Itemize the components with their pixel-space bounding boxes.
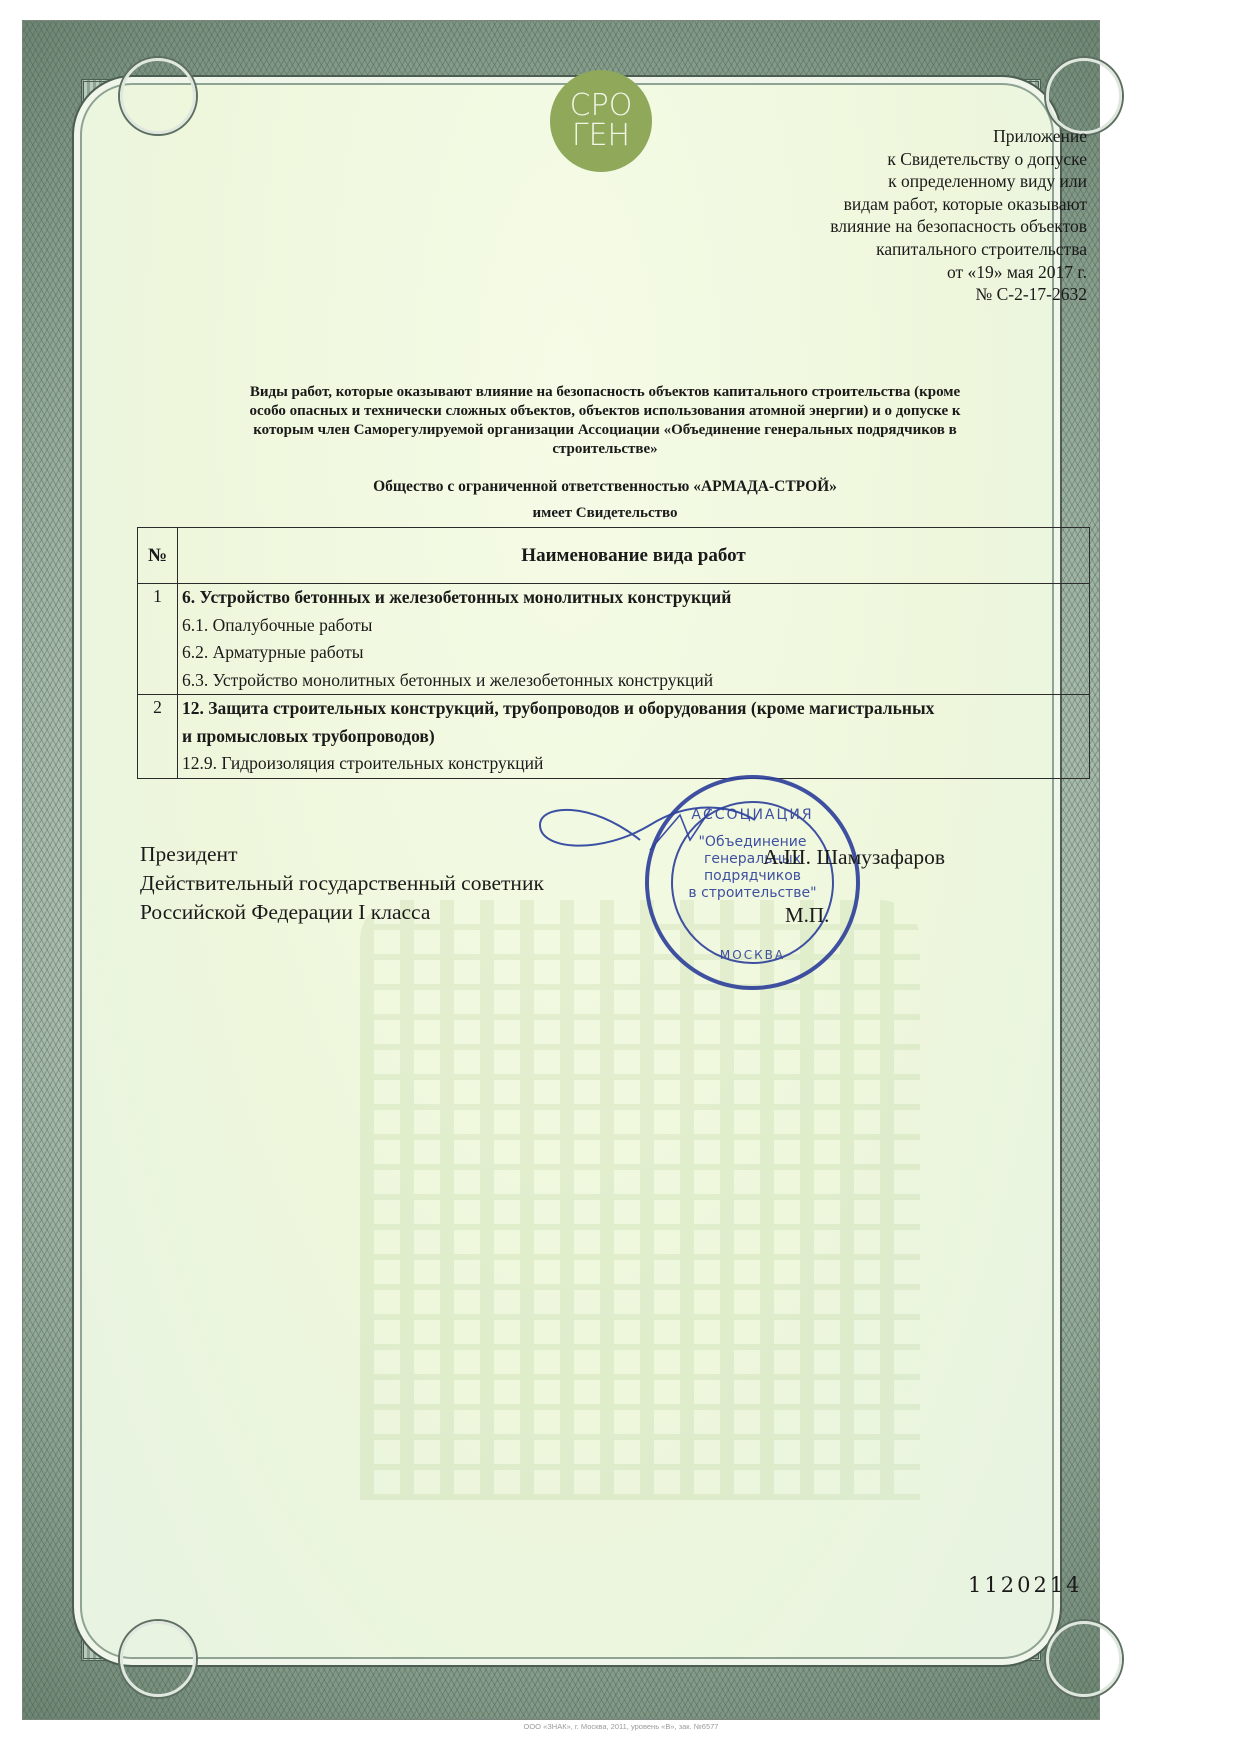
work-group-title: 12. Защита строительных конструкций, тру… (182, 695, 1085, 723)
appendix-header: Приложение к Свидетельству о допуске к о… (830, 125, 1087, 306)
row-number: 1 (138, 584, 178, 695)
title-line: строительстве» (145, 440, 1065, 459)
corner-ornament-icon (120, 58, 196, 134)
corner-ornament-icon (1046, 58, 1122, 134)
work-description: 6. Устройство бетонных и железобетонных … (178, 584, 1090, 695)
appendix-date: от «19» мая 2017 г. (830, 261, 1087, 284)
position-line: Президент (140, 840, 544, 869)
serial-number: 1120214 (968, 1573, 1083, 1597)
table-row: 212. Защита строительных конструкций, тр… (138, 695, 1090, 779)
logo-line1: СРО (570, 91, 633, 121)
work-description: 12. Защита строительных конструкций, тру… (178, 695, 1090, 779)
work-item: 12.9. Гидроизоляция строительных констру… (182, 750, 1085, 778)
printer-imprint: ООО «ЗНАК», г. Москва, 2011, уровень «В»… (0, 1722, 1242, 1731)
certificate-number: № С-2-17-2632 (830, 283, 1087, 306)
work-group-title: и промысловых трубопроводов) (182, 723, 1085, 751)
seal-bottom-text: МОСКВА (649, 948, 856, 962)
title-line: Виды работ, которые оказывают влияние на… (145, 383, 1065, 402)
organization-name: Общество с ограниченной ответственностью… (145, 478, 1065, 496)
signatory-position: Президент Действительный государственный… (140, 840, 544, 927)
appendix-line: к Свидетельству о допуске (830, 148, 1087, 171)
has-certificate-label: имеет Свидетельство (145, 505, 1065, 522)
title-line: особо опасных и технически сложных объек… (145, 402, 1065, 421)
document-title: Виды работ, которые оказывают влияние на… (145, 383, 1065, 459)
position-line: Действительный государственный советник (140, 869, 544, 898)
title-line: которым член Саморегулируемой организаци… (145, 421, 1065, 440)
work-item: 6.3. Устройство монолитных бетонных и же… (182, 667, 1085, 695)
work-item: 6.1. Опалубочные работы (182, 612, 1085, 640)
corner-ornament-icon (1046, 1621, 1122, 1697)
column-header-num: № (138, 528, 178, 584)
appendix-line: влияние на безопасность объектов (830, 215, 1087, 238)
position-line: Российской Федерации I класса (140, 898, 544, 927)
appendix-line: видам работ, которые оказывают (830, 193, 1087, 216)
seal-line: подрядчиков (649, 868, 856, 885)
work-group-title: 6. Устройство бетонных и железобетонных … (182, 584, 1085, 612)
seal-top-text: АССОЦИАЦИЯ (649, 807, 856, 823)
table-row: 16. Устройство бетонных и железобетонных… (138, 584, 1090, 695)
corner-ornament-icon (120, 1621, 196, 1697)
sro-gen-logo: СРО ГЕН (550, 70, 652, 172)
row-number: 2 (138, 695, 178, 779)
appendix-line: капитального строительства (830, 238, 1087, 261)
association-seal: АССОЦИАЦИЯ "Объединение генеральных подр… (645, 775, 860, 990)
appendix-line: к определенному виду или (830, 170, 1087, 193)
table-header-row: № Наименование вида работ (138, 528, 1090, 584)
signatory-name: А.Ш. Шамузафаров (763, 845, 945, 870)
column-header-name: Наименование вида работ (178, 528, 1090, 584)
seal-place-mark: М.П. (785, 903, 829, 928)
appendix-line: Приложение (830, 125, 1087, 148)
work-item: 6.2. Арматурные работы (182, 639, 1085, 667)
building-watermark (360, 900, 920, 1500)
seal-line: в строительстве" (649, 885, 856, 902)
works-table: № Наименование вида работ 16. Устройство… (137, 527, 1090, 779)
logo-line2: ГЕН (572, 121, 630, 151)
